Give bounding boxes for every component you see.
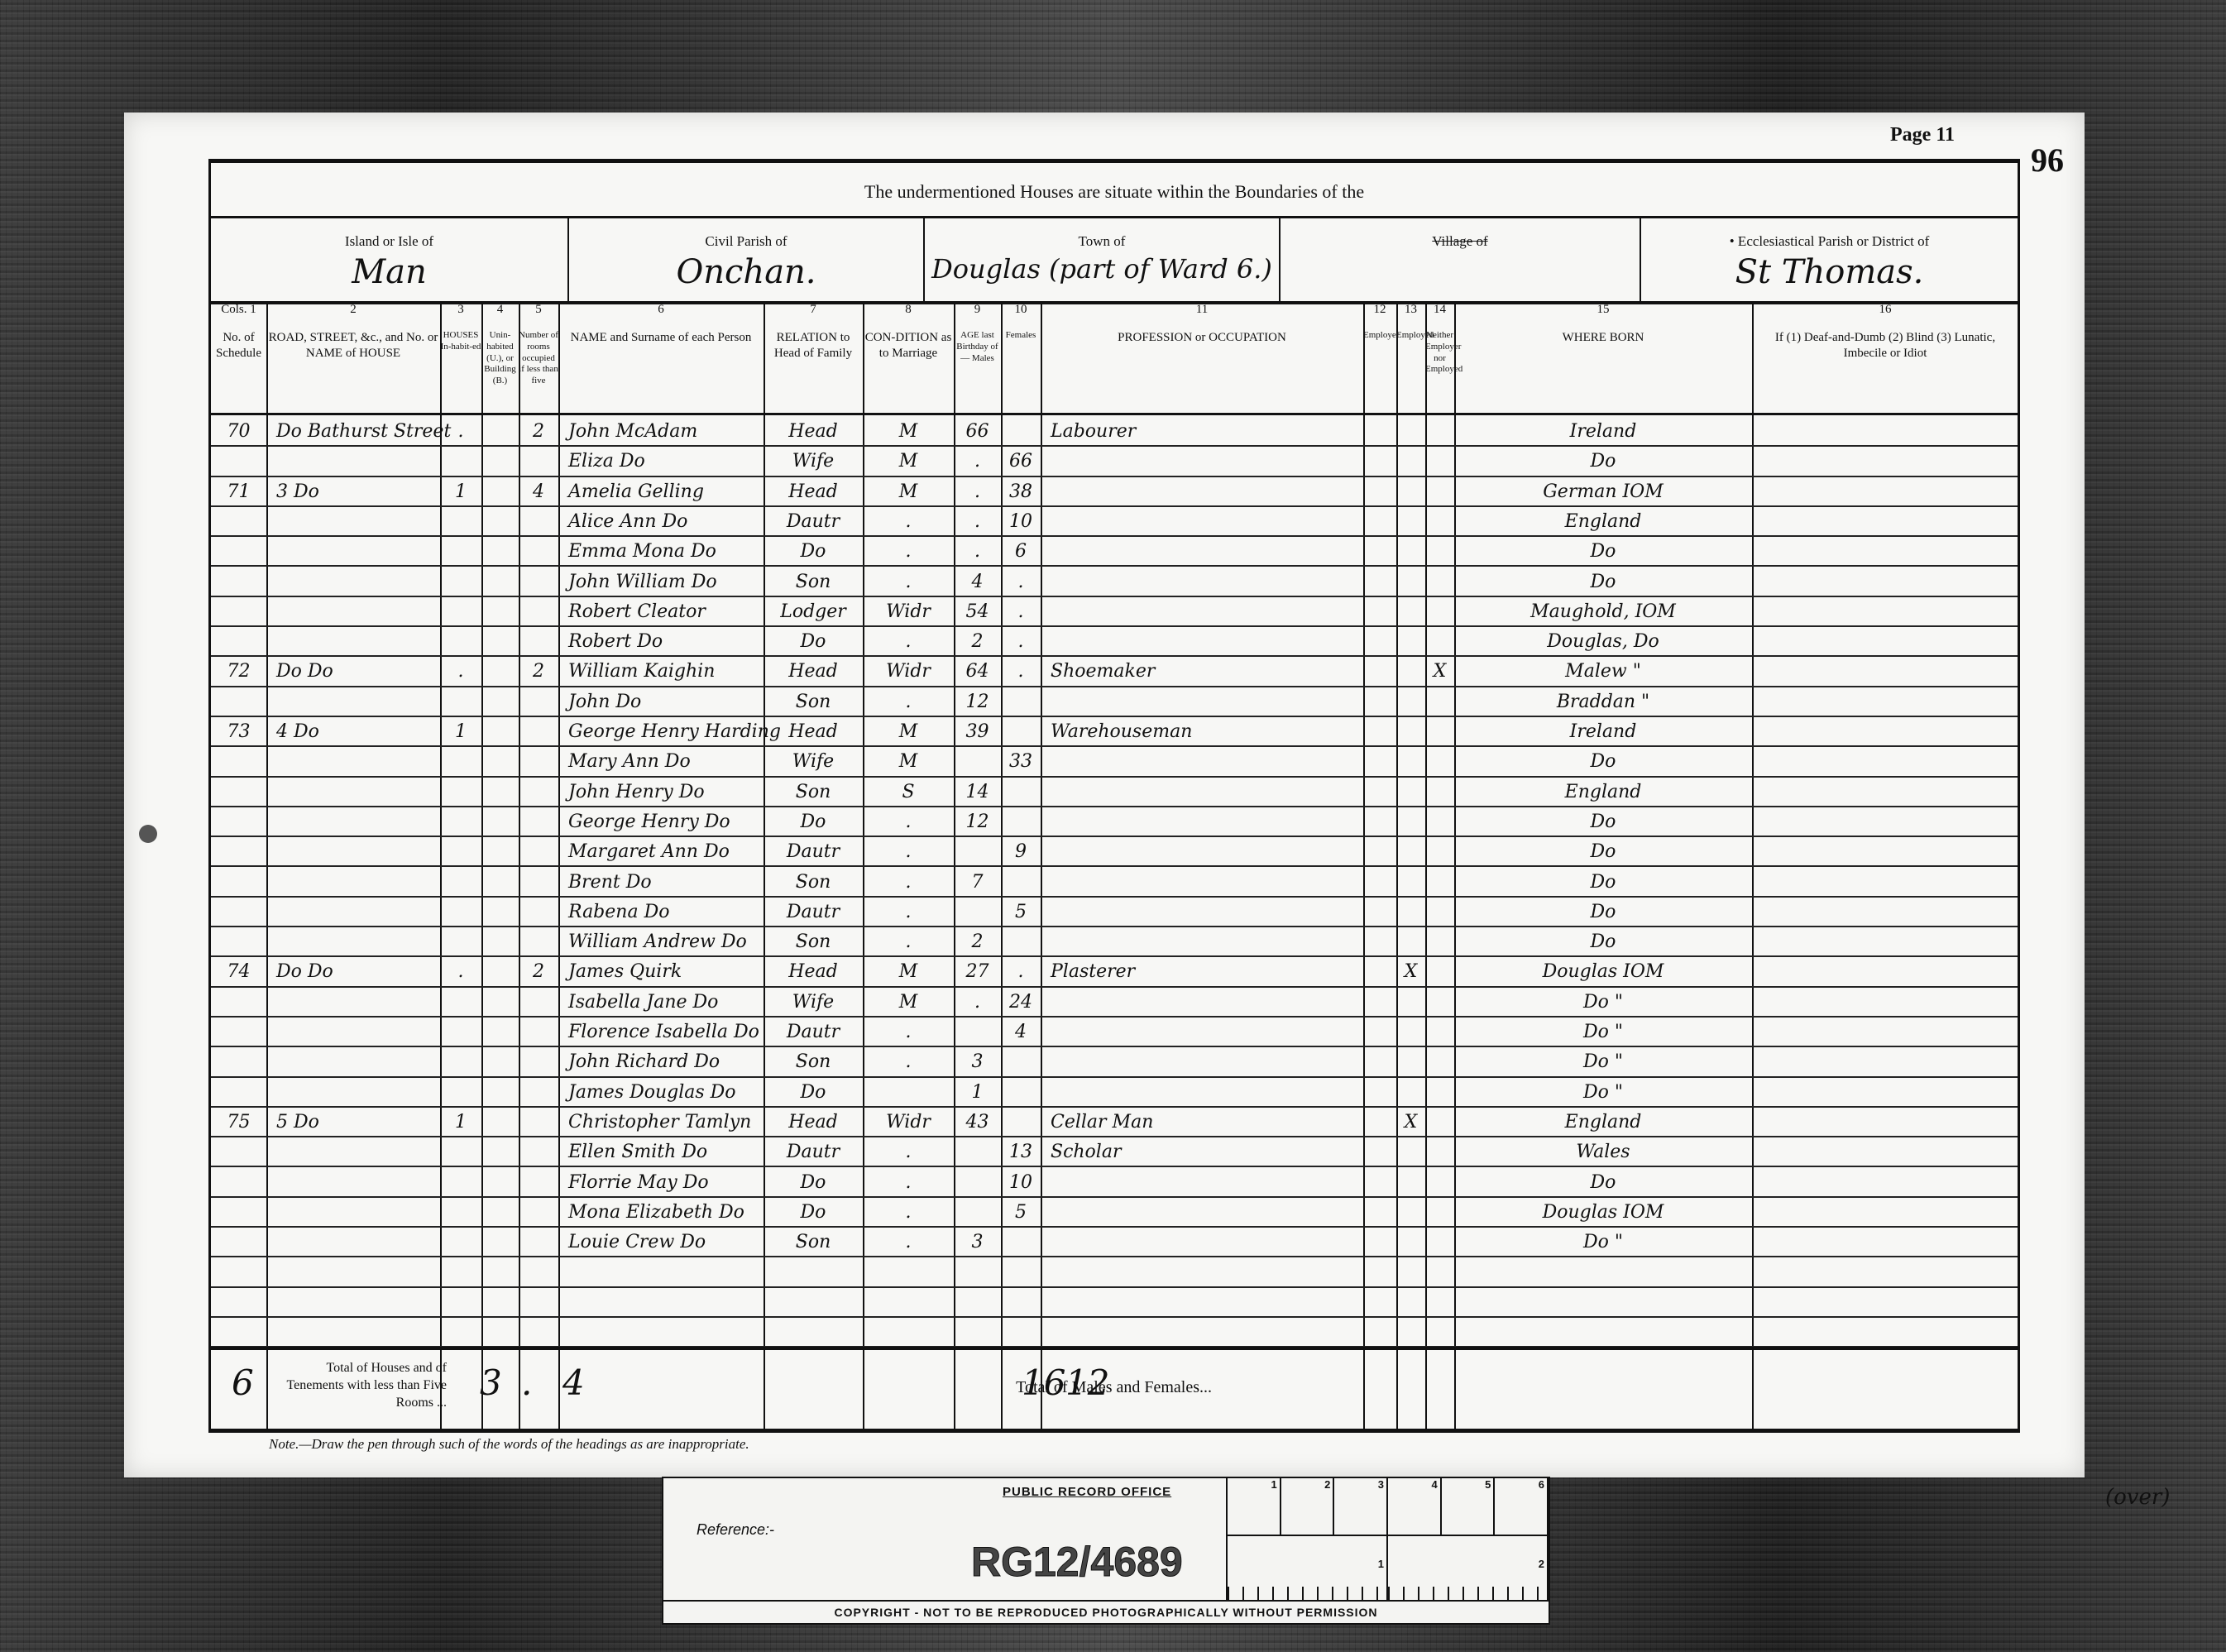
column-number: 16	[1752, 302, 2018, 318]
name-cell	[568, 1316, 773, 1346]
inhabited-cell	[440, 896, 481, 926]
neither-cell	[1425, 1316, 1454, 1346]
rooms-cell	[519, 1106, 558, 1136]
infirmity-cell	[1752, 686, 2018, 716]
uninhabited-cell	[481, 716, 519, 745]
column-number: 11	[1041, 302, 1363, 318]
civil-parish-field: Civil Parish of Onchan.	[569, 218, 925, 301]
where-born-cell: England	[1454, 776, 1752, 806]
infirmity-cell	[1752, 955, 2018, 985]
column-number: 8	[863, 302, 954, 318]
neither-cell	[1425, 1196, 1454, 1226]
neither-cell	[1425, 445, 1454, 475]
rooms-cell	[519, 1076, 558, 1106]
employer-cell	[1363, 745, 1396, 775]
relation-cell: Head	[764, 716, 863, 745]
neither-cell	[1425, 1106, 1454, 1136]
age-male-cell	[954, 896, 1001, 926]
address-cell	[276, 505, 450, 535]
civil-parish-value: Onchan.	[569, 253, 923, 291]
copyright-notice: COPYRIGHT - NOT TO BE REPRODUCED PHOTOGR…	[663, 1600, 1549, 1623]
schedule-cell	[211, 1286, 266, 1316]
where-born-cell: Wales	[1454, 1136, 1752, 1166]
uninhabited-cell	[481, 866, 519, 896]
table-row: John William DoSon.4.Do	[211, 566, 2018, 597]
age-female-cell: .	[1001, 955, 1041, 985]
column-number: 3	[440, 302, 481, 318]
rooms-cell	[519, 1196, 558, 1226]
condition-cell: .	[863, 566, 954, 596]
employer-cell	[1363, 896, 1396, 926]
schedule-cell	[211, 686, 266, 716]
table-row: 70Do Bathurst Street.2John McAdamHeadM66…	[211, 415, 2018, 447]
town-value: Douglas (part of Ward 6.)	[925, 253, 1279, 285]
neither-cell	[1425, 1166, 1454, 1196]
table-row: Florence Isabella DoDautr.4Do "	[211, 1016, 2018, 1047]
rooms-cell	[519, 806, 558, 836]
address-cell	[276, 776, 450, 806]
occupation-cell	[1051, 505, 1373, 535]
inhabited-cell	[440, 986, 481, 1016]
uninhabited-cell	[481, 1286, 519, 1316]
rooms-cell	[519, 896, 558, 926]
relation-cell: Son	[764, 1046, 863, 1075]
column-heading: PROFESSION or OCCUPATION	[1041, 330, 1363, 346]
schedule-cell	[211, 1196, 266, 1226]
neither-cell	[1425, 566, 1454, 596]
table-row	[211, 1286, 2018, 1318]
table-row: Florrie May DoDo.10Do	[211, 1166, 2018, 1198]
age-female-cell: .	[1001, 596, 1041, 625]
inhabited-cell	[440, 1286, 481, 1316]
rooms-cell	[519, 716, 558, 745]
town-field: Town of Douglas (part of Ward 6.)	[925, 218, 1281, 301]
employer-cell	[1363, 716, 1396, 745]
employed-cell: X	[1396, 1106, 1425, 1136]
occupation-cell	[1051, 596, 1373, 625]
infirmity-cell	[1752, 1256, 2018, 1286]
neither-cell	[1425, 926, 1454, 955]
rooms-cell	[519, 505, 558, 535]
employed-cell	[1396, 596, 1425, 625]
table-row: Louie Crew DoSon.3Do "	[211, 1226, 2018, 1257]
condition-cell	[863, 1076, 954, 1106]
uninhabited-cell	[481, 806, 519, 836]
where-born-cell: Do	[1454, 1166, 1752, 1196]
neither-cell	[1425, 686, 1454, 716]
table-row: Mona Elizabeth DoDo.5Douglas IOM	[211, 1196, 2018, 1228]
employer-cell	[1363, 1106, 1396, 1136]
age-male-cell: 7	[954, 866, 1001, 896]
employer-cell	[1363, 566, 1396, 596]
column-number: 6	[558, 302, 764, 318]
table-row: Robert CleatorLodgerWidr54.Maughold, IOM	[211, 596, 2018, 627]
relation-cell: Do	[764, 1076, 863, 1106]
name-cell: Christopher Tamlyn	[568, 1106, 773, 1136]
occupation-cell	[1051, 896, 1373, 926]
condition-cell: .	[863, 1136, 954, 1166]
occupation-cell	[1051, 1076, 1373, 1106]
employer-cell	[1363, 505, 1396, 535]
employer-cell	[1363, 926, 1396, 955]
where-born-cell: Do	[1454, 866, 1752, 896]
inhabited-cell	[440, 596, 481, 625]
schedule-cell: 75	[211, 1106, 266, 1136]
reference-number: RG12/4689	[971, 1538, 1183, 1586]
age-male-cell	[954, 1286, 1001, 1316]
column-heading: HOUSES In-habit-ed	[440, 330, 481, 353]
occupation-cell	[1051, 926, 1373, 955]
table-row: John DoSon.12Braddan "	[211, 686, 2018, 717]
rooms-cell	[519, 866, 558, 896]
address-cell	[276, 1226, 450, 1256]
condition-cell: M	[863, 415, 954, 445]
where-born-cell: German IOM	[1454, 476, 1752, 505]
employed-cell	[1396, 986, 1425, 1016]
employed-cell	[1396, 566, 1425, 596]
address-cell: 5 Do	[276, 1106, 450, 1136]
name-cell: Ellen Smith Do	[568, 1136, 773, 1166]
occupation-cell: Labourer	[1051, 415, 1373, 445]
condition-cell: .	[863, 1166, 954, 1196]
uninhabited-cell	[481, 1256, 519, 1286]
where-born-cell: Do "	[1454, 1076, 1752, 1106]
where-born-cell: England	[1454, 1106, 1752, 1136]
name-cell: John McAdam	[568, 415, 773, 445]
age-male-cell	[954, 745, 1001, 775]
infirmity-cell	[1752, 596, 2018, 625]
age-male-cell: 2	[954, 926, 1001, 955]
condition-cell: M	[863, 955, 954, 985]
rooms-cell	[519, 745, 558, 775]
employed-cell	[1396, 1046, 1425, 1075]
inhabited-cell	[440, 625, 481, 655]
condition-cell: .	[863, 926, 954, 955]
column-heading: CON-DITION as to Marriage	[863, 330, 954, 362]
uninhabited-cell	[481, 986, 519, 1016]
age-male-cell: 4	[954, 566, 1001, 596]
schedule-cell	[211, 745, 266, 775]
employed-cell	[1396, 1196, 1425, 1226]
where-born-cell: Ireland	[1454, 415, 1752, 445]
ecclesiastical-parish-value: St Thomas.	[1641, 253, 2018, 291]
boundary-title: The undermentioned Houses are situate wi…	[211, 181, 2018, 203]
schedule-cell: 72	[211, 655, 266, 685]
address-cell: Do Do	[276, 955, 450, 985]
column-heading: Employed	[1396, 330, 1425, 342]
uninhabited-cell	[481, 1166, 519, 1196]
age-female-cell: 13	[1001, 1136, 1041, 1166]
inhabited-cell	[440, 1046, 481, 1075]
neither-cell	[1425, 716, 1454, 745]
location-header: Island or Isle of Man Civil Parish of On…	[211, 216, 2018, 304]
employed-cell	[1396, 806, 1425, 836]
age-male-cell	[954, 1136, 1001, 1166]
employed-cell	[1396, 896, 1425, 926]
where-born-cell: Douglas, Do	[1454, 625, 1752, 655]
age-female-cell	[1001, 1256, 1041, 1286]
age-male-cell: .	[954, 535, 1001, 565]
condition-cell: Widr	[863, 655, 954, 685]
schedule-cell: 74	[211, 955, 266, 985]
table-row: Rabena DoDautr.5Do	[211, 896, 2018, 927]
infirmity-cell	[1752, 836, 2018, 865]
name-cell: James Quirk	[568, 955, 773, 985]
relation-cell: Son	[764, 1226, 863, 1256]
age-male-cell	[954, 1196, 1001, 1226]
address-cell	[276, 745, 450, 775]
employed-cell	[1396, 625, 1425, 655]
column-heading: Employer	[1363, 330, 1396, 342]
employed-cell	[1396, 415, 1425, 445]
employer-cell	[1363, 625, 1396, 655]
address-cell	[276, 836, 450, 865]
infirmity-cell	[1752, 1286, 2018, 1316]
neither-cell	[1425, 955, 1454, 985]
address-cell	[276, 1016, 450, 1046]
column-number: 5	[519, 302, 558, 318]
column-heading: NAME and Surname of each Person	[558, 330, 764, 346]
age-female-cell: 9	[1001, 836, 1041, 865]
table-row: 713 Do14Amelia GellingHeadM.38German IOM	[211, 476, 2018, 507]
age-female-cell	[1001, 1316, 1041, 1346]
neither-cell	[1425, 806, 1454, 836]
where-born-cell: Braddan "	[1454, 686, 1752, 716]
condition-cell: .	[863, 806, 954, 836]
employed-cell	[1396, 745, 1425, 775]
neither-cell	[1425, 505, 1454, 535]
age-male-cell	[954, 1256, 1001, 1286]
employed-cell	[1396, 686, 1425, 716]
column-heading: WHERE BORN	[1454, 330, 1752, 346]
rooms-cell	[519, 1016, 558, 1046]
address-cell	[276, 806, 450, 836]
employer-cell	[1363, 1046, 1396, 1075]
age-male-cell: 12	[954, 806, 1001, 836]
condition-cell	[863, 1256, 954, 1286]
rooms-cell	[519, 1226, 558, 1256]
where-born-cell: Douglas IOM	[1454, 1196, 1752, 1226]
name-cell: John Do	[568, 686, 773, 716]
table-row: Robert DoDo.2.Douglas, Do	[211, 625, 2018, 657]
occupation-cell	[1051, 1316, 1373, 1346]
males-total: 16	[1022, 1362, 1065, 1403]
island-value: Man	[211, 253, 567, 291]
age-female-cell: 10	[1001, 1166, 1041, 1196]
age-female-cell	[1001, 1076, 1041, 1106]
employer-cell	[1363, 1166, 1396, 1196]
where-born-cell: Do	[1454, 806, 1752, 836]
relation-cell: Dautr	[764, 505, 863, 535]
infirmity-cell	[1752, 655, 2018, 685]
condition-cell: Widr	[863, 1106, 954, 1136]
census-form: The undermentioned Houses are situate wi…	[208, 159, 2020, 1433]
condition-cell: .	[863, 1016, 954, 1046]
relation-cell: Son	[764, 926, 863, 955]
schedule-cell	[211, 445, 266, 475]
column-number: 12	[1363, 302, 1396, 318]
relation-cell: Wife	[764, 445, 863, 475]
age-male-cell: 64	[954, 655, 1001, 685]
table-row: William Andrew DoSon.2Do	[211, 926, 2018, 957]
infirmity-cell	[1752, 1226, 2018, 1256]
table-row: Mary Ann DoWifeM33Do	[211, 745, 2018, 777]
column-number: 9	[954, 302, 1001, 318]
column-number: 2	[266, 302, 440, 318]
where-born-cell: Malew "	[1454, 655, 1752, 685]
table-row: James Douglas DoDo1Do "	[211, 1076, 2018, 1108]
inhabited-cell: 1	[440, 716, 481, 745]
employed-cell	[1396, 1286, 1425, 1316]
column-heading: Neither Employer nor Employed	[1425, 330, 1454, 376]
table-row: 755 Do1Christopher TamlynHeadWidr43Cella…	[211, 1106, 2018, 1137]
relation-cell: Dautr	[764, 896, 863, 926]
inhabited-total: 3	[480, 1362, 502, 1403]
relation-cell: Do	[764, 1166, 863, 1196]
table-row: John Henry DoSonS14England	[211, 776, 2018, 807]
employed-cell	[1396, 836, 1425, 865]
name-cell: Mona Elizabeth Do	[568, 1196, 773, 1226]
employed-cell	[1396, 445, 1425, 475]
neither-cell	[1425, 625, 1454, 655]
address-cell	[276, 1076, 450, 1106]
age-female-cell: 5	[1001, 1196, 1041, 1226]
address-cell	[276, 926, 450, 955]
rooms-cell: 2	[519, 655, 558, 685]
uninhabited-cell	[481, 1196, 519, 1226]
schedule-cell: 71	[211, 476, 266, 505]
address-cell	[276, 566, 450, 596]
rooms-cell	[519, 566, 558, 596]
where-born-cell: Do	[1454, 896, 1752, 926]
infirmity-cell	[1752, 445, 2018, 475]
name-cell: William Andrew Do	[568, 926, 773, 955]
infirmity-cell	[1752, 476, 2018, 505]
name-cell: John Richard Do	[568, 1046, 773, 1075]
condition-cell: .	[863, 1226, 954, 1256]
rooms-cell	[519, 776, 558, 806]
uninhabited-cell	[481, 1226, 519, 1256]
occupation-cell	[1051, 535, 1373, 565]
occupation-cell	[1051, 1016, 1373, 1046]
uninhabited-cell	[481, 1106, 519, 1136]
schedule-cell	[211, 505, 266, 535]
relation-cell: Wife	[764, 986, 863, 1016]
name-cell: Emma Mona Do	[568, 535, 773, 565]
condition-cell: Widr	[863, 596, 954, 625]
infirmity-cell	[1752, 1196, 2018, 1226]
name-cell: Florence Isabella Do	[568, 1016, 773, 1046]
age-male-cell: 14	[954, 776, 1001, 806]
condition-cell: .	[863, 1046, 954, 1075]
occupation-cell	[1051, 986, 1373, 1016]
employer-cell	[1363, 836, 1396, 865]
uninhabited-cell	[481, 745, 519, 775]
rooms-cell	[519, 1256, 558, 1286]
occupation-cell	[1051, 445, 1373, 475]
uninhabited-total: .	[521, 1362, 532, 1403]
column-heading: Unin-habited (U.), or Building (B.)	[481, 330, 519, 387]
address-cell	[276, 1196, 450, 1226]
employed-cell	[1396, 1316, 1425, 1346]
neither-cell	[1425, 866, 1454, 896]
employer-cell	[1363, 655, 1396, 685]
reference-slip: PUBLIC RECORD OFFICE Reference:- RG12/46…	[662, 1477, 1550, 1625]
schedule-cell	[211, 866, 266, 896]
inhabited-cell	[440, 836, 481, 865]
address-cell	[276, 1136, 450, 1166]
age-male-cell: 12	[954, 686, 1001, 716]
occupation-cell	[1051, 1196, 1373, 1226]
neither-cell	[1425, 535, 1454, 565]
employer-cell	[1363, 1286, 1396, 1316]
rooms-cell	[519, 926, 558, 955]
age-male-cell: .	[954, 986, 1001, 1016]
column-heading: Females	[1001, 330, 1041, 342]
rooms-cell	[519, 596, 558, 625]
houses-total-label: Total of Houses and of Tenements with le…	[281, 1360, 447, 1411]
age-male-cell: 66	[954, 415, 1001, 445]
address-cell	[276, 986, 450, 1016]
rooms-cell	[519, 445, 558, 475]
condition-cell	[863, 1316, 954, 1346]
age-male-cell: .	[954, 445, 1001, 475]
schedule-cell	[211, 625, 266, 655]
uninhabited-cell	[481, 896, 519, 926]
island-field: Island or Isle of Man	[211, 218, 569, 301]
employed-cell	[1396, 476, 1425, 505]
where-born-cell: Maughold, IOM	[1454, 596, 1752, 625]
folio-number: 96	[2031, 141, 2064, 180]
age-female-cell	[1001, 415, 1041, 445]
rooms-cell	[519, 625, 558, 655]
neither-cell	[1425, 596, 1454, 625]
column-number: 14	[1425, 302, 1454, 318]
rooms-cell: 2	[519, 415, 558, 445]
occupation-cell	[1051, 625, 1373, 655]
relation-cell: Son	[764, 686, 863, 716]
rooms-total: 4	[562, 1362, 585, 1403]
employed-cell	[1396, 716, 1425, 745]
age-male-cell: 43	[954, 1106, 1001, 1136]
scale-ruler: 1 2 3 4 5 6 1 2	[1226, 1478, 1549, 1602]
rooms-cell: 2	[519, 955, 558, 985]
where-born-cell	[1454, 1286, 1752, 1316]
inhabited-cell	[440, 505, 481, 535]
infirmity-cell	[1752, 1076, 2018, 1106]
uninhabited-cell	[481, 1316, 519, 1346]
name-cell: Rabena Do	[568, 896, 773, 926]
condition-cell: .	[863, 625, 954, 655]
age-female-cell: 10	[1001, 505, 1041, 535]
name-cell: Robert Cleator	[568, 596, 773, 625]
relation-cell: Dautr	[764, 836, 863, 865]
rooms-cell	[519, 686, 558, 716]
name-cell: Eliza Do	[568, 445, 773, 475]
relation-cell: Head	[764, 1106, 863, 1136]
uninhabited-cell	[481, 596, 519, 625]
infirmity-cell	[1752, 1316, 2018, 1346]
occupation-cell	[1051, 566, 1373, 596]
relation-cell: Head	[764, 655, 863, 685]
age-male-cell: 1	[954, 1076, 1001, 1106]
relation-cell: Son	[764, 776, 863, 806]
employer-cell	[1363, 1316, 1396, 1346]
age-female-cell: 5	[1001, 896, 1041, 926]
where-born-cell: Do "	[1454, 1016, 1752, 1046]
where-born-cell: Do "	[1454, 1046, 1752, 1075]
infirmity-cell	[1752, 625, 2018, 655]
